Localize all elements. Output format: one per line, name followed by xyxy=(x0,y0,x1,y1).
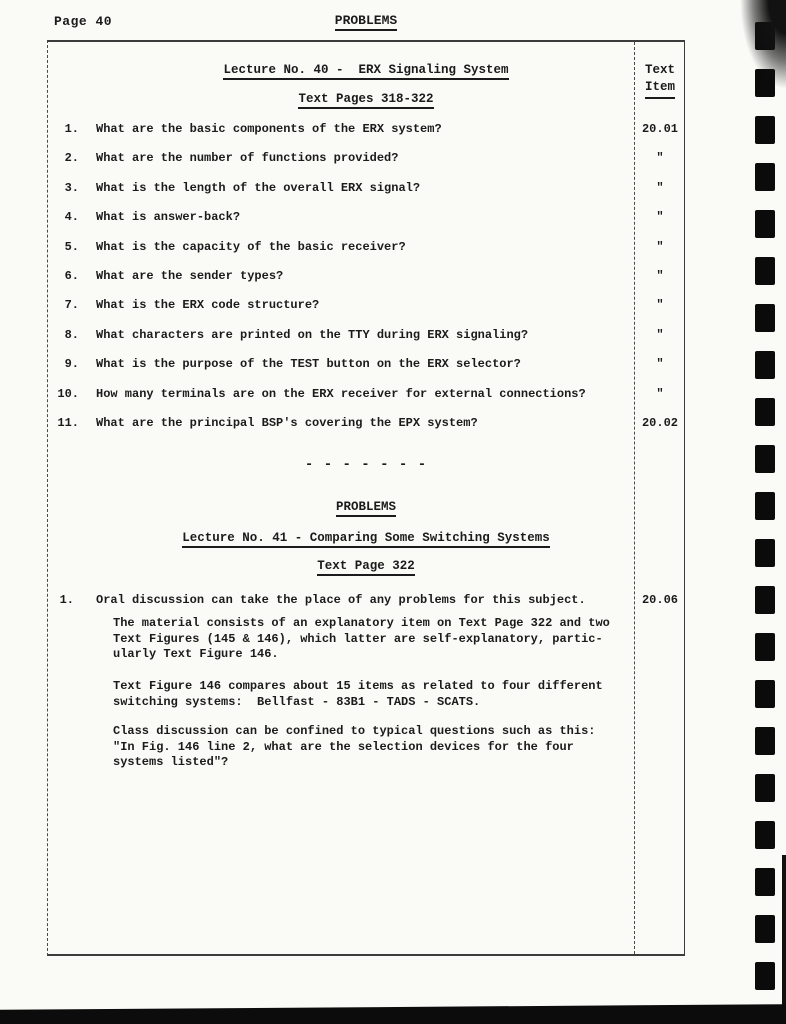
binding-hole xyxy=(755,351,775,379)
text-item-value: " xyxy=(634,240,686,254)
binding-hole xyxy=(755,680,775,708)
question-text: What are the basic components of the ERX… xyxy=(96,122,442,136)
question-text: What is the capacity of the basic receiv… xyxy=(96,240,406,254)
binding-hole xyxy=(755,304,775,332)
question-number: 5. xyxy=(48,240,79,254)
binding-hole xyxy=(755,257,775,285)
question-text: What are the principal BSP's covering th… xyxy=(96,416,478,430)
text-item-value: " xyxy=(634,269,686,283)
discussion-paragraph: Text Figure 146 compares about 15 items … xyxy=(113,679,633,710)
discussion-paragraph: Class discussion can be confined to typi… xyxy=(113,724,633,771)
question-row: 7. What is the ERX code structure? " xyxy=(48,298,684,318)
question-text: What is answer-back? xyxy=(96,210,240,224)
binding-hole xyxy=(755,633,775,661)
lecture-41-page: Text Page 322 xyxy=(48,559,684,576)
binding-hole xyxy=(755,774,775,802)
corner-smudge-artifact xyxy=(731,0,786,160)
lecture-40-pages: Text Pages 318-322 xyxy=(48,92,684,109)
right-edge-artifact xyxy=(782,855,786,1024)
question-row: 8. What characters are printed on the TT… xyxy=(48,328,684,348)
binding-hole xyxy=(755,586,775,614)
text-item-value: 20.02 xyxy=(634,416,686,430)
discussion-number: 1. xyxy=(48,593,74,607)
bottom-scan-bar xyxy=(0,1003,786,1024)
question-text: What characters are printed on the TTY d… xyxy=(96,328,528,342)
question-text: What are the number of functions provide… xyxy=(96,151,398,165)
text-item-value: " xyxy=(634,151,686,165)
text-item-value: " xyxy=(634,298,686,312)
question-row: 3. What is the length of the overall ERX… xyxy=(48,181,684,201)
text-item-value: " xyxy=(634,181,686,195)
problems-table: Text Item Lecture No. 40 - ERX Signaling… xyxy=(47,40,685,956)
text-item-value: " xyxy=(634,357,686,371)
binding-hole xyxy=(755,210,775,238)
discussion-paragraph: The material consists of an explanatory … xyxy=(113,616,633,663)
question-row: 5. What is the capacity of the basic rec… xyxy=(48,240,684,260)
question-text: What are the sender types? xyxy=(96,269,283,283)
question-number: 8. xyxy=(48,328,79,342)
question-number: 2. xyxy=(48,151,79,165)
column-divider xyxy=(634,42,635,954)
question-number: 4. xyxy=(48,210,79,224)
binding-hole xyxy=(755,821,775,849)
question-row: 1. What are the basic components of the … xyxy=(48,122,684,142)
page-title-text: PROBLEMS xyxy=(335,13,397,31)
section-separator: - - - - - - - xyxy=(48,457,684,473)
text-item-value: 20.06 xyxy=(634,593,686,607)
binding-hole xyxy=(755,539,775,567)
question-number: 6. xyxy=(48,269,79,283)
question-row: 6. What are the sender types? " xyxy=(48,269,684,289)
text-item-value: " xyxy=(634,210,686,224)
question-row: 11. What are the principal BSP's coverin… xyxy=(48,416,684,436)
binding-hole xyxy=(755,398,775,426)
discussion-row: 1. Oral discussion can take the place of… xyxy=(48,593,684,613)
problems-subheader: PROBLEMS xyxy=(48,500,684,517)
lecture-40-title: Lecture No. 40 - ERX Signaling System xyxy=(48,63,684,80)
question-row: 4. What is answer-back? " xyxy=(48,210,684,230)
question-number: 3. xyxy=(48,181,79,195)
binding-hole xyxy=(755,962,775,990)
question-row: 2. What are the number of functions prov… xyxy=(48,151,684,171)
binding-hole xyxy=(755,492,775,520)
page-title: PROBLEMS xyxy=(47,13,685,31)
question-row: 9. What is the purpose of the TEST butto… xyxy=(48,357,684,377)
lecture-41-title: Lecture No. 41 - Comparing Some Switchin… xyxy=(48,531,684,548)
text-item-value: " xyxy=(634,328,686,342)
text-item-value: 20.01 xyxy=(634,122,686,136)
question-text: What is the purpose of the TEST button o… xyxy=(96,357,521,371)
question-text: How many terminals are on the ERX receiv… xyxy=(96,387,586,401)
question-number: 10. xyxy=(48,387,79,401)
question-number: 7. xyxy=(48,298,79,312)
question-row: 10. How many terminals are on the ERX re… xyxy=(48,387,684,407)
binding-hole xyxy=(755,445,775,473)
binding-hole xyxy=(755,163,775,191)
question-text: What is the length of the overall ERX si… xyxy=(96,181,420,195)
question-number: 1. xyxy=(48,122,79,136)
question-number: 9. xyxy=(48,357,79,371)
question-text: What is the ERX code structure? xyxy=(96,298,319,312)
text-item-value: " xyxy=(634,387,686,401)
discussion-text: Oral discussion can take the place of an… xyxy=(96,593,586,607)
binding-hole xyxy=(755,868,775,896)
binding-hole xyxy=(755,915,775,943)
binding-hole xyxy=(755,727,775,755)
scanned-document-page: { "colors": {"ink": "#1b1b1b", "paper": … xyxy=(0,0,786,1024)
question-number: 11. xyxy=(48,416,79,430)
